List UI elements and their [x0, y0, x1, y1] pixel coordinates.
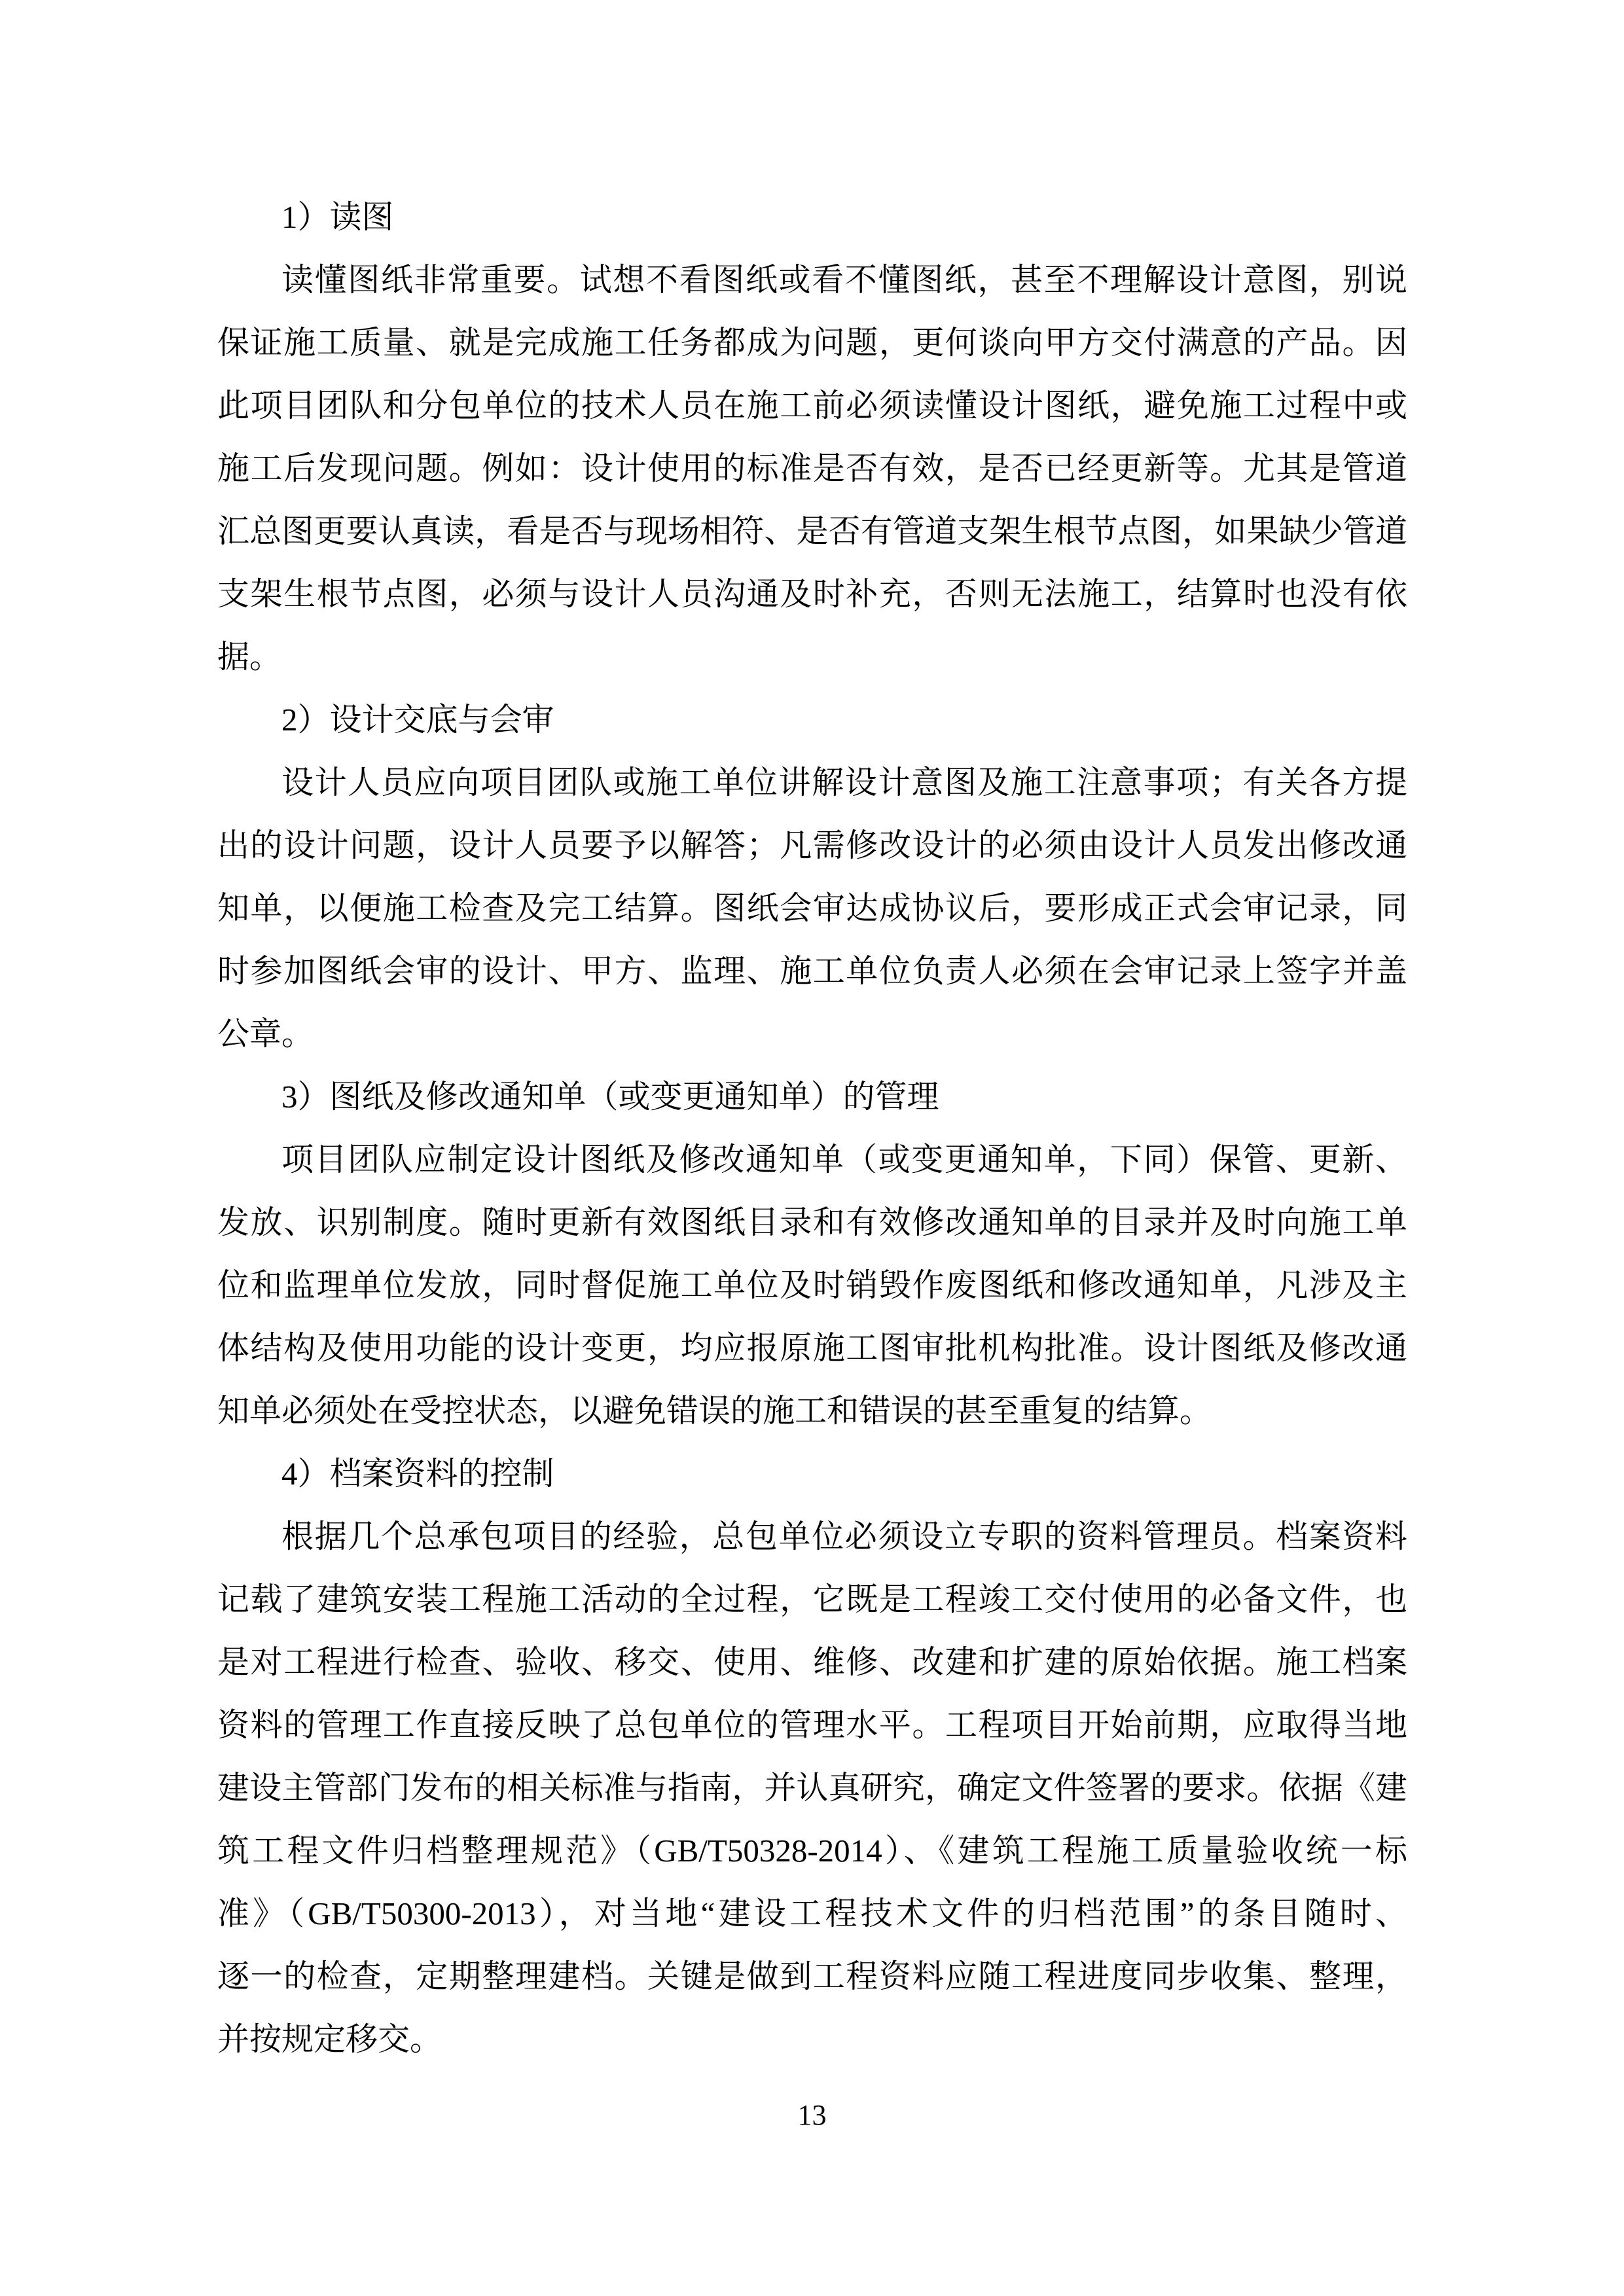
paragraph-line: 记载了建筑安装工程施工活动的全过程，它既是工程竣工交付使用的必备文件，也 [217, 1568, 1407, 1631]
paragraph-line: 时参加图纸会审的设计、甲方、监理、施工单位负责人必须在会审记录上签字并盖 [217, 940, 1407, 1003]
paragraph-line: 此项目团队和分包单位的技术人员在施工前必须读懂设计图纸，避免施工过程中或 [217, 374, 1407, 437]
paragraph-line: 并按规定移交。 [217, 2008, 1407, 2071]
paragraph-line: 准》（GB/T50300-2013），对当地“建设工程技术文件的归档范围”的条目… [217, 1882, 1407, 1945]
paragraph-line: 项目团队应制定设计图纸及修改通知单（或变更通知单，下同）保管、更新、 [217, 1128, 1407, 1191]
paragraph-line: 施工后发现问题。例如：设计使用的标准是否有效，是否已经更新等。尤其是管道 [217, 437, 1407, 500]
paragraph-line: 资料的管理工作直接反映了总包单位的管理水平。工程项目开始前期，应取得当地 [217, 1694, 1407, 1757]
paragraph-line: 发放、识别制度。随时更新有效图纸目录和有效修改通知单的目录并及时向施工单 [217, 1191, 1407, 1254]
paragraph-line: 逐一的检查，定期整理建档。关键是做到工程资料应随工程进度同步收集、整理， [217, 1945, 1407, 2008]
heading-line: 3）图纸及修改通知单（或变更通知单）的管理 [217, 1066, 1407, 1128]
paragraph-line: 读懂图纸非常重要。试想不看图纸或看不懂图纸，甚至不理解设计意图，别说 [217, 249, 1407, 312]
paragraph-line: 是对工程进行检查、验收、移交、使用、维修、改建和扩建的原始依据。施工档案 [217, 1631, 1407, 1694]
paragraph-line: 设计人员应向项目团队或施工单位讲解设计意图及施工注意事项；有关各方提 [217, 751, 1407, 814]
paragraph-line: 建设主管部门发布的相关标准与指南，并认真研究，确定文件签署的要求。依据《建 [217, 1757, 1407, 1820]
paragraph-line: 知单，以便施工检查及完工结算。图纸会审达成协议后，要形成正式会审记录，同 [217, 877, 1407, 940]
paragraph-line: 保证施工质量、就是完成施工任务都成为问题，更何谈向甲方交付满意的产品。因 [217, 312, 1407, 374]
paragraph-line: 根据几个总承包项目的经验，总包单位必须设立专职的资料管理员。档案资料 [217, 1505, 1407, 1568]
paragraph-line: 位和监理单位发放，同时督促施工单位及时销毁作废图纸和修改通知单，凡涉及主 [217, 1254, 1407, 1317]
paragraph-line: 支架生根节点图，必须与设计人员沟通及时补充，否则无法施工，结算时也没有依 [217, 563, 1407, 626]
paragraph-line: 出的设计问题，设计人员要予以解答；凡需修改设计的必须由设计人员发出修改通 [217, 814, 1407, 877]
page-number: 13 [0, 2096, 1624, 2135]
paragraph-line: 据。 [217, 626, 1407, 689]
text-body: 1）读图读懂图纸非常重要。试想不看图纸或看不懂图纸，甚至不理解设计意图，别说保证… [217, 186, 1407, 2071]
paragraph-line: 汇总图更要认真读，看是否与现场相符、是否有管道支架生根节点图，如果缺少管道 [217, 500, 1407, 563]
heading-line: 4）档案资料的控制 [217, 1443, 1407, 1505]
heading-line: 1）读图 [217, 186, 1407, 249]
paragraph-line: 体结构及使用功能的设计变更，均应报原施工图审批机构批准。设计图纸及修改通 [217, 1317, 1407, 1380]
paragraph-line: 筑工程文件归档整理规范》（GB/T50328-2014）、《建筑工程施工质量验收… [217, 1820, 1407, 1882]
heading-line: 2）设计交底与会审 [217, 689, 1407, 751]
document-page: 1）读图读懂图纸非常重要。试想不看图纸或看不懂图纸，甚至不理解设计意图，别说保证… [0, 0, 1624, 2296]
paragraph-line: 知单必须处在受控状态，以避免错误的施工和错误的甚至重复的结算。 [217, 1380, 1407, 1443]
paragraph-line: 公章。 [217, 1003, 1407, 1066]
